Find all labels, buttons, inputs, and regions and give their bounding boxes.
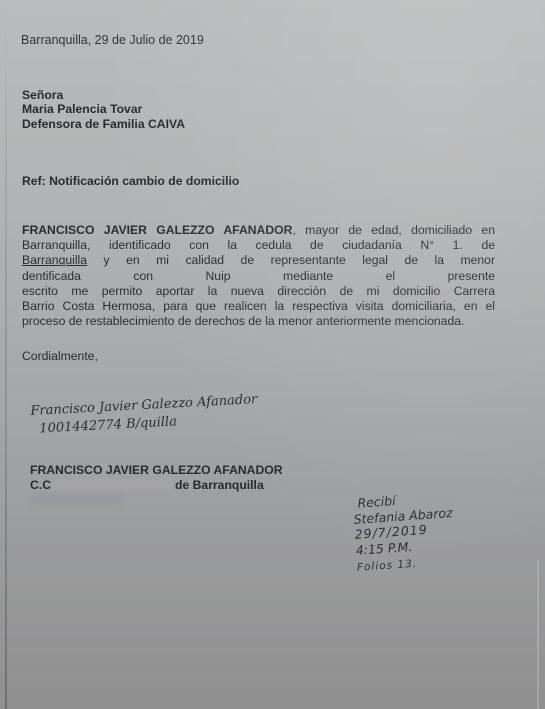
body-paragraph: FRANCISCO JAVIER GALEZZO AFANADOR, mayor… — [22, 223, 495, 329]
closing: Cordialmente, — [22, 349, 98, 363]
signer-id-line: C.Cde Barranquilla — [30, 478, 264, 492]
page-edge-right — [537, 560, 539, 709]
date-line: Barranquilla, 29 de Julio de 2019 — [21, 33, 204, 47]
redacted-signer-cc — [54, 479, 172, 490]
handwritten-signature: Francisco Javier Galezzo Afanador 100144… — [30, 389, 292, 455]
recipient-title: Defensora de Familia CAIVA — [22, 117, 185, 131]
body-line-1: FRANCISCO JAVIER GALEZZO AFANADOR, mayor… — [22, 223, 495, 238]
sender-name: FRANCISCO JAVIER GALEZZO AFANADOR — [22, 223, 292, 237]
receipt-stamp-note: Recibí Stefania Abaroz 29/7/2019 4:15 P.… — [352, 486, 507, 577]
body-line-2: Barranquilla, identificado con la cedula… — [22, 238, 495, 253]
recipient-salutation: Señora — [22, 88, 63, 102]
page-edge-left — [5, 0, 7, 709]
body-line-6: Barrio Costa Hermosa, para que realicen … — [22, 299, 495, 314]
body-line-5: escrito me permito aportar la nueva dire… — [22, 284, 495, 299]
reference-line: Ref: Notificación cambio de domicilio — [22, 174, 239, 188]
body-line-4: dentificada con Nuip mediante el present… — [22, 269, 495, 284]
recipient-name: Maria Palencia Tovar — [22, 102, 142, 116]
body-line-3: Barranquilla y en mi calidad de represen… — [22, 253, 495, 268]
body-line-7: proceso de restablecimiento de derechos … — [22, 314, 495, 329]
printed-signer-name: FRANCISCO JAVIER GALEZZO AFANADOR — [30, 463, 283, 477]
redacted-signer-extra — [30, 495, 122, 505]
